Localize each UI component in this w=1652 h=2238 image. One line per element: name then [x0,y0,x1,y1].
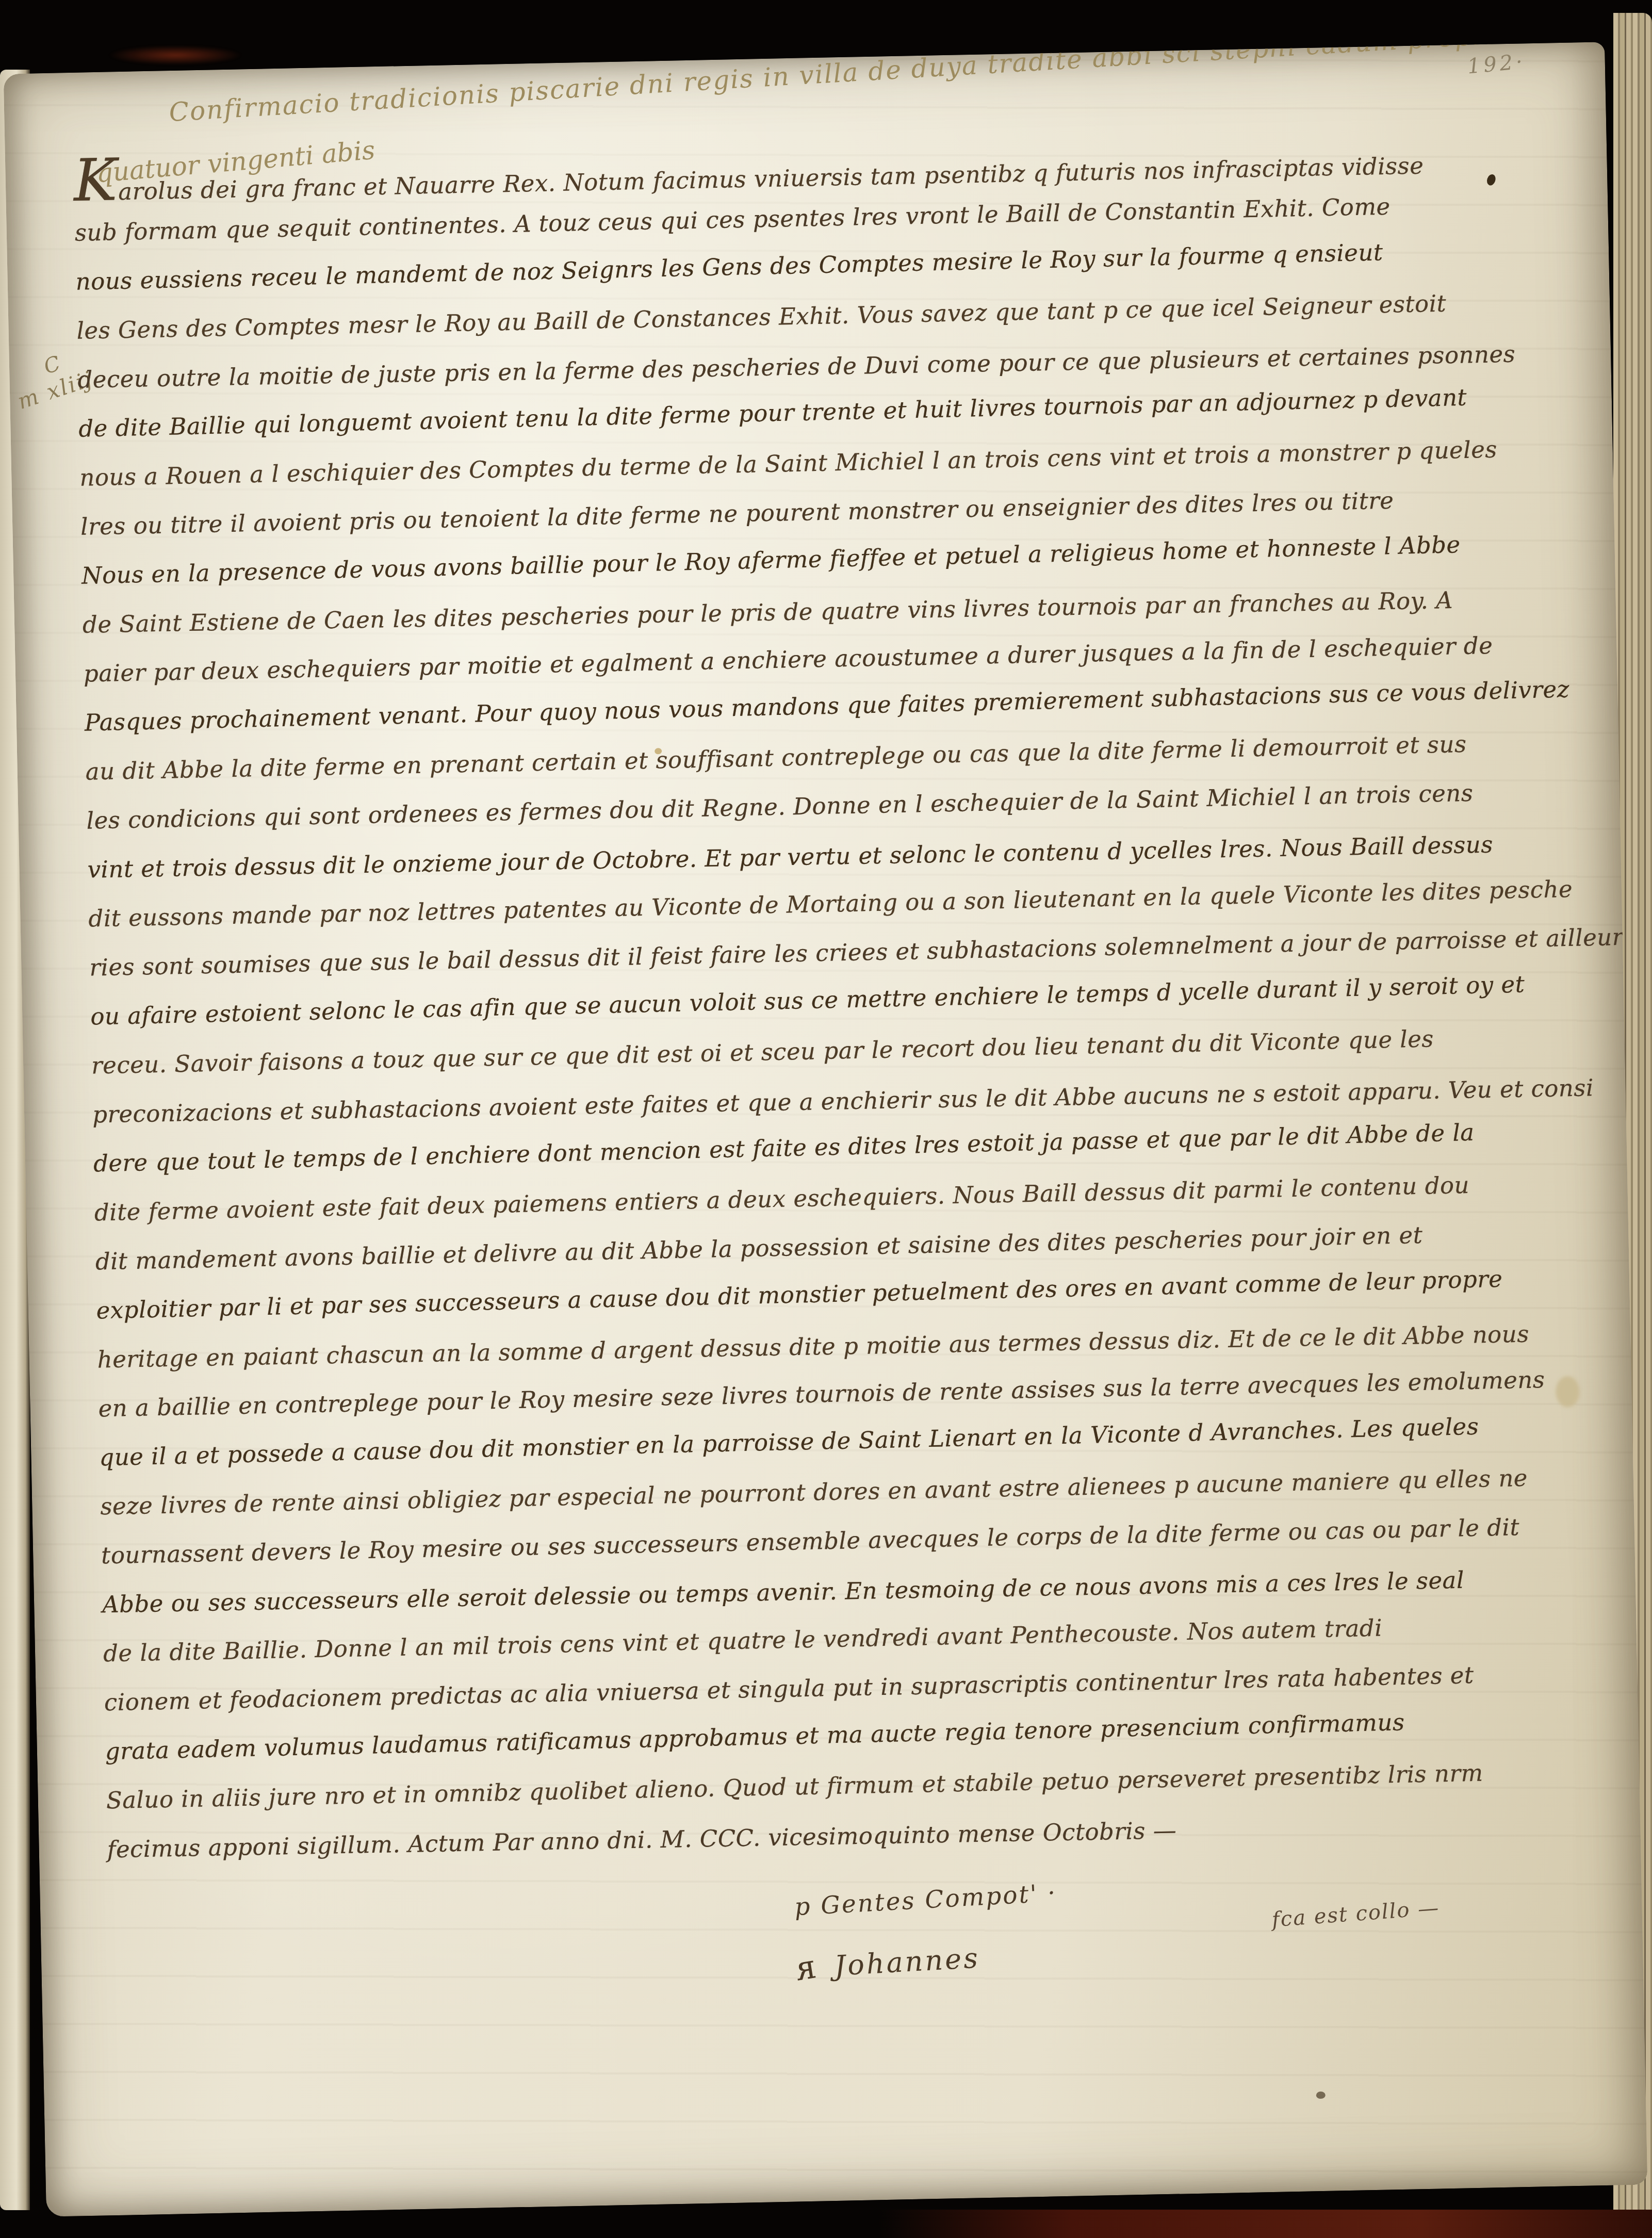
charter-text: Karolus dei gra franc et Nauarre Rex. No… [73,129,1600,2109]
binding-leather-top [108,45,242,65]
signature-block: p Gentes Compot' · ᴙ Johannes fca est co… [108,1872,1600,2109]
parchment-surface: 192· Confirmacio tradicionis piscarie dn… [4,42,1648,2216]
notary-signature: Johannes [833,1941,980,1982]
notary-paraph: ᴙ [793,1948,818,1989]
collation-note: fca est collo — [1271,1896,1440,1932]
chancery-subscription: p Gentes Compot' · [794,1878,1058,1921]
manuscript-folio: 192· Confirmacio tradicionis piscarie dn… [4,42,1648,2216]
binding-leather-bottom [878,2210,1652,2238]
ink-stain [1316,2092,1326,2099]
manuscript-photo: 192· Confirmacio tradicionis piscarie dn… [0,0,1652,2238]
body-lines: Karolus dei gra franc et Nauarre Rex. No… [73,129,1595,1874]
